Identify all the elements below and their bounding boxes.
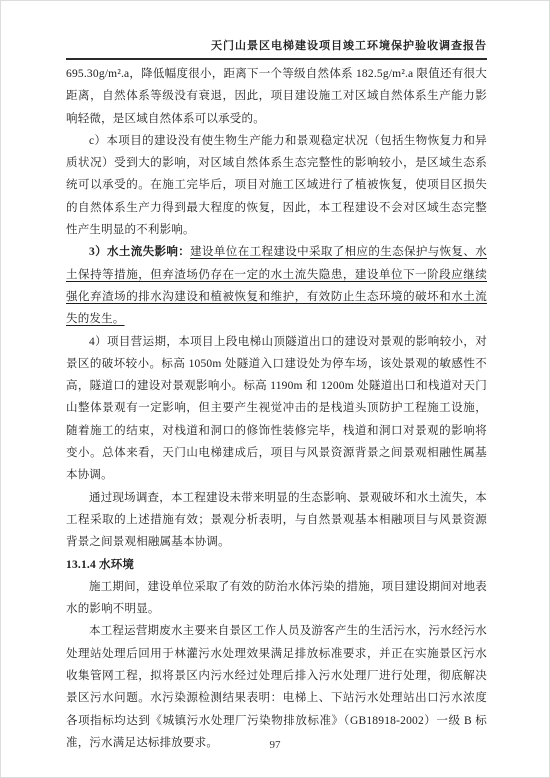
paragraph-site-survey-conclusion: 通过现场调查，本工程建设未带来明显的生态影响、景观破坏和水土流失，本工程采取的上… — [66, 487, 487, 554]
header-title: 天门山景区电梯建设项目竣工环境保护验收调查报告 — [211, 40, 487, 52]
page-footer: 97 — [1, 739, 549, 751]
page-number: 97 — [270, 739, 281, 751]
paragraph-soil-erosion: 3）水土流失影响：建设单位在工程建设中采取了相应的生态保护与恢复、水土保持等措施… — [66, 241, 487, 330]
soil-erosion-label: 3）水土流失影响： — [89, 246, 190, 258]
page-body: 695.30g/m².a，降低幅度很小，距离下一个等级自然体系 182.5g/m… — [66, 63, 487, 754]
paragraph-operation-period-landscape: 4）项目营运期，本项目上段电梯山顶隧道出口的建设对景观的影响较小，对景区的破坏较… — [66, 331, 487, 487]
section-heading-water-environment: 13.1.4 水环境 — [66, 554, 487, 576]
paragraph-natural-system-continued: 695.30g/m².a，降低幅度很小，距离下一个等级自然体系 182.5g/m… — [66, 63, 487, 130]
paragraph-construction-water-impact: 施工期间，建设单位采取了有效的防治水体污染的措施，项目建设期间对地表水的影响不明… — [66, 576, 487, 621]
paragraph-ecological-integrity: c）本项目的建设没有使生物生产能力和景观稳定状况（包括生物恢复力和异质状况）受到… — [66, 130, 487, 241]
document-page: 天门山景区电梯建设项目竣工环境保护验收调查报告 695.30g/m².a，降低幅… — [0, 0, 550, 778]
page-header: 天门山景区电梯建设项目竣工环境保护验收调查报告 — [66, 37, 487, 60]
paragraph-operation-wastewater: 本工程运营期废水主要来自景区工作人员及游客产生的生活污水，污水经污水处理站处理后… — [66, 620, 487, 754]
